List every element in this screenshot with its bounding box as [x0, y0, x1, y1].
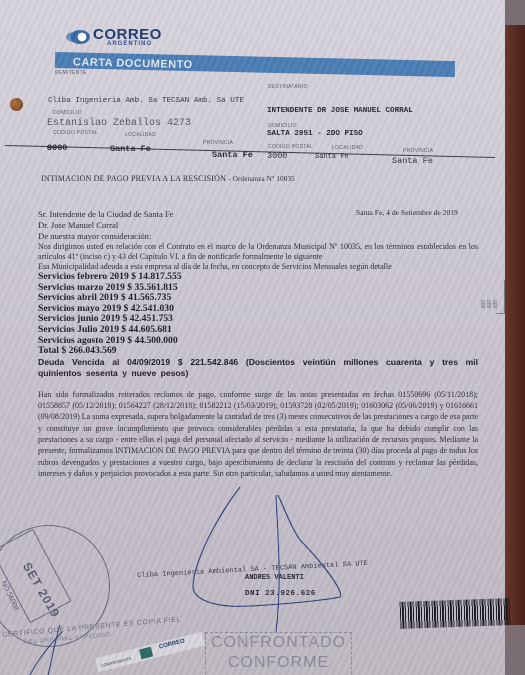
services-list: Servicios febrero 2019 $ 14.817.555Servi… [38, 272, 478, 346]
correo-argentino-logo: CORREO ARGENTINO [70, 28, 162, 47]
correo-logo-icon [70, 30, 90, 44]
confront-line-1: CONFRONTADO [206, 633, 351, 653]
side-note: 000 000 000 [479, 300, 497, 308]
intro: Nos dirigimos usted en relación con el C… [38, 242, 478, 262]
sender-postal-code: 3000 [47, 143, 67, 153]
letter-title-main: INTIMACION DE PAGO PREVIA A LA RESCISIÓN [41, 174, 226, 183]
rivet-icon [10, 98, 23, 111]
recipient-postal-label: CODIGO POSTAL [268, 144, 313, 150]
doc-type-banner: CARTA DOCUMENTO [55, 52, 455, 77]
recipient-name: INTENDENTE DR JOSE MANUEL CORRAL [267, 107, 413, 115]
service-line: Servicios Julio 2019 $ 44.605.681 [38, 325, 478, 336]
addressee-line-1: Sr. Intendente de la Ciudad de Santa Fe [38, 209, 478, 220]
sender-postal-label: CODIGO POSTAL [53, 130, 98, 136]
recipient-postal-code: 3000 [267, 151, 287, 161]
recipient-locality-label: LOCALIDAD [332, 145, 363, 151]
greeting: De nuestra mayor consideración: [38, 231, 478, 242]
sender-name: Cliba Ingenieria Amb. Sa TECSAN Amb. Sa … [48, 97, 244, 105]
doc-type: CARTA DOCUMENTO [73, 56, 193, 71]
letter-title: INTIMACION DE PAGO PREVIA A LA RESCISIÓN… [41, 174, 295, 183]
recipient-province-label: PROVINCIA [403, 148, 433, 154]
barcode [400, 598, 511, 629]
background-surface [503, 25, 525, 625]
services-total: Total $ 266.043.569 [38, 346, 478, 357]
claims-paragraph: Han sido formalizados reiterados reclamo… [38, 389, 478, 479]
recipient-label: DESTINATARIO [268, 84, 308, 90]
sender-province-label: PROVINCIA [203, 140, 233, 146]
recipient-address: SALTA 2951 - 2DO PISO [267, 130, 363, 138]
sender-address: Estanislao Zeballos 4273 [47, 118, 191, 129]
sender-address-label: DOMICILIO [53, 110, 82, 116]
tape-brand: CORREO [158, 638, 185, 650]
recipient-address-label: DOMICILIO [268, 123, 297, 129]
signer-dni: DNI 23.926.626 [245, 590, 316, 598]
letter-body: Sr. Intendente de la Ciudad de Santa Fe … [38, 209, 478, 479]
confront-line-2: CONFORME [206, 653, 351, 673]
overdue-debt: Deuda Vencida al 04/09/2019 $ 221.542.84… [38, 357, 478, 379]
letter-title-ordinance: - Ordenanza Nº 10035 [228, 175, 295, 183]
signer-name: ANDRES VALENTI [245, 574, 304, 582]
sender-locality-label: LOCALIDAD [125, 132, 156, 138]
carta-documento: CORREO ARGENTINO CARTA DOCUMENTO REMITEN… [0, 0, 505, 675]
side-bracket [496, 280, 505, 314]
addressee-line-2: Dr. Jose Manuel Corral [38, 220, 478, 231]
service-line: Servicios febrero 2019 $ 14.817.555 [38, 272, 478, 283]
confrontado-stamp: CONFRONTADO CONFORME [205, 632, 352, 675]
recipient-locality: Santa Fe [315, 153, 349, 161]
brand-name: CORREO [93, 28, 162, 42]
correo-tape: COMPROBANTE CORREO [95, 632, 205, 672]
recipient-province: Santa Fe [392, 156, 433, 166]
sender-label: REMITENTE [55, 70, 87, 76]
